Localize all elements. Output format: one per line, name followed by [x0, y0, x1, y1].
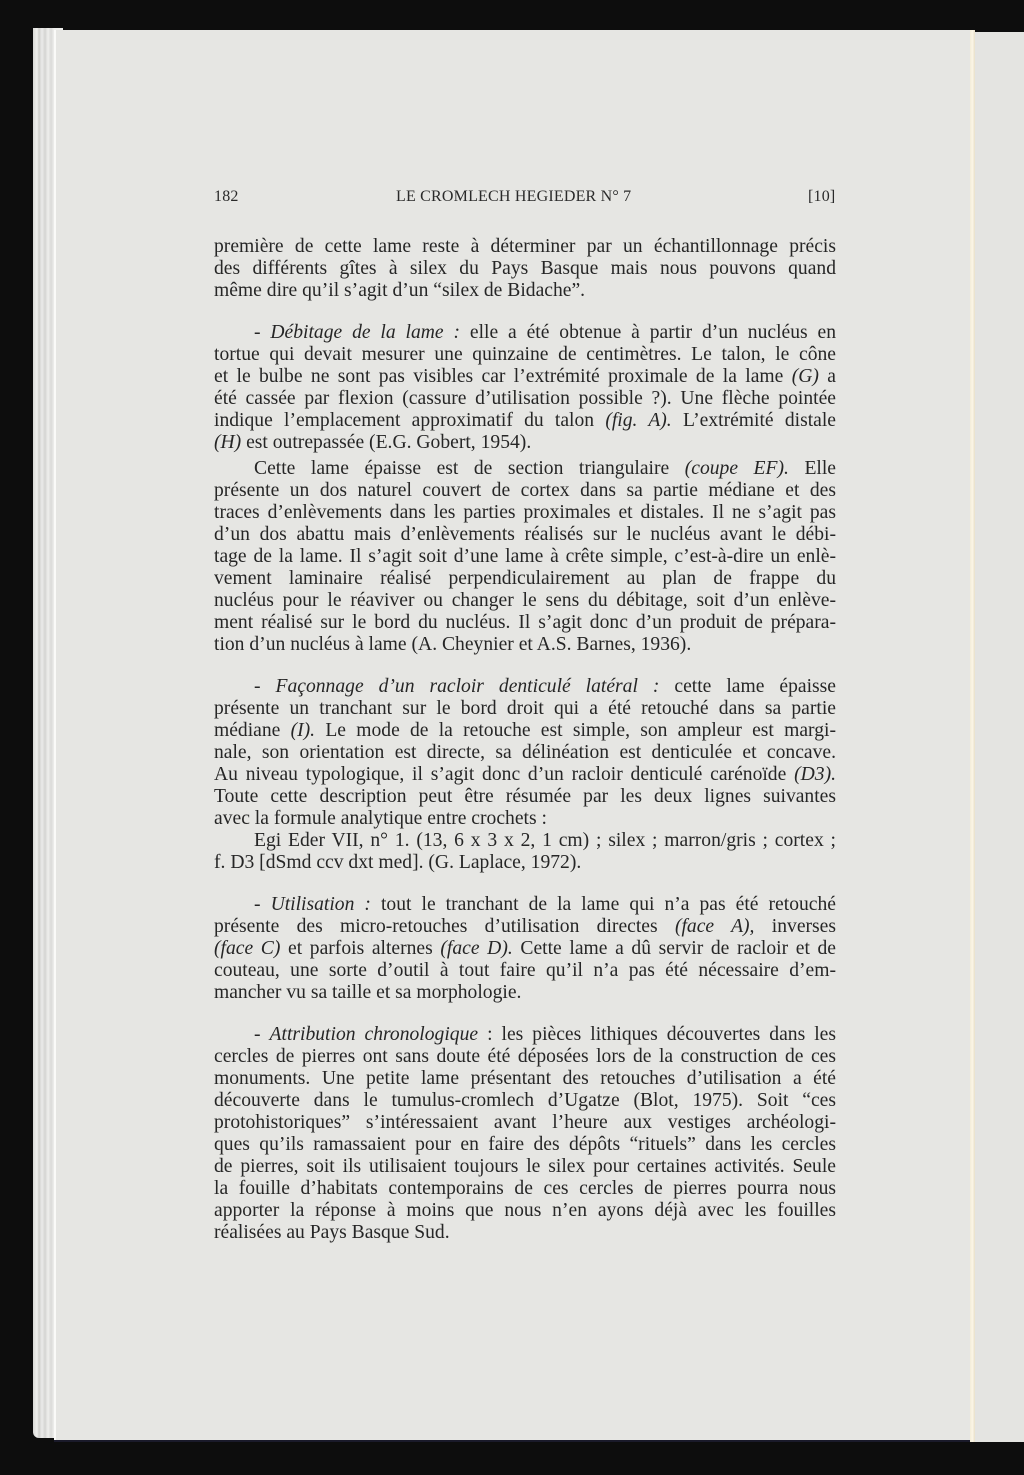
- italic-reference: (coupe EF).: [685, 458, 789, 479]
- italic-reference: Attribution chronologique: [270, 1024, 479, 1045]
- text-line: Cette lame épaisse est de section triang…: [214, 458, 836, 480]
- text-run: elle a été obtenue à partir d’un nucléus…: [460, 322, 836, 343]
- text-line: protohistoriques” s’intéressaient avant …: [214, 1112, 836, 1134]
- text-line: nale, son orientation est directe, sa dé…: [214, 742, 836, 764]
- text-run: L’extrémité distale: [672, 410, 836, 431]
- italic-reference: Façonnage d’un racloir denticulé latéral…: [276, 676, 660, 697]
- text-run: ment réalisé sur le bord du nucléus. Il …: [214, 612, 836, 633]
- text-run: inverses: [754, 916, 836, 937]
- text-line: la fouille d’habitats contemporains de c…: [214, 1178, 836, 1200]
- text-line: Au niveau typologique, il s’agit donc d’…: [214, 764, 836, 786]
- text-run: cercles de pierres ont sans doute été dé…: [214, 1046, 836, 1067]
- text-run: la fouille d’habitats contemporains de c…: [214, 1178, 836, 1199]
- text-line: ques qu’ils ramassaient pour en faire de…: [214, 1134, 836, 1156]
- text-run: -: [254, 676, 276, 697]
- text-run: nale, son orientation est directe, sa dé…: [214, 742, 836, 763]
- text-line: couteau, une sorte d’outil à tout faire …: [214, 960, 836, 982]
- text-line: - Utilisation : tout le tranchant de la …: [214, 894, 836, 916]
- text-line: tortue qui devait mesurer une quinzaine …: [214, 344, 836, 366]
- text-line: - Façonnage d’un racloir denticulé latér…: [214, 676, 836, 698]
- text-run: : les pièces lithiques découvertes dans …: [478, 1024, 836, 1045]
- text-run: Au niveau typologique, il s’agit donc d’…: [214, 764, 794, 785]
- text-line: et le bulbe ne sont pas visibles car l’e…: [214, 366, 836, 388]
- italic-reference: (face C): [214, 938, 280, 959]
- text-line: monuments. Une petite lame présentant de…: [214, 1068, 836, 1090]
- journal-title: LE CROMLECH HEGIEDER N° 7: [396, 188, 631, 206]
- text-line: avec la formule analytique entre crochet…: [214, 808, 836, 830]
- text-line: (H) est outrepassée (E.G. Gobert, 1954).: [214, 432, 836, 454]
- text-run: avec la formule analytique entre crochet…: [214, 808, 547, 829]
- text-run: Cette lame a dû servir de racloir et de: [513, 938, 836, 959]
- text-run: -: [254, 1024, 270, 1045]
- text-line: vement laminaire réalisé perpendiculaire…: [214, 568, 836, 590]
- text-run: tout le tranchant de la lame qui n’a pas…: [371, 894, 836, 915]
- text-run: présente un tranchant sur le bord droit …: [214, 698, 836, 719]
- text-run: et parfois alternes: [280, 938, 440, 959]
- text-line: ment réalisé sur le bord du nucléus. Il …: [214, 612, 836, 634]
- italic-reference: (H): [214, 432, 241, 453]
- text-run: présente un dos naturel couvert de corte…: [214, 480, 836, 501]
- text-run: cette lame épaisse: [659, 676, 836, 697]
- text-line: de pierres, soit ils utilisaient toujour…: [214, 1156, 836, 1178]
- text-line: présente un tranchant sur le bord droit …: [214, 698, 836, 720]
- text-run: Egi Eder VII, n° 1. (13, 6 x 3 x 2, 1 cm…: [254, 830, 836, 851]
- text-line: réalisées au Pays Basque Sud.: [214, 1222, 836, 1244]
- italic-reference: (face A),: [675, 916, 755, 937]
- text-line: d’un dos abattu mais d’enlèvements réali…: [214, 524, 836, 546]
- text-run: nucléus pour le réaviver ou changer le s…: [214, 590, 836, 611]
- text-run: f. D3 [dSmd ccv dxt med]. (G. Laplace, 1…: [214, 852, 581, 873]
- text-line: même dire qu’il s’agit d’un “silex de Bi…: [214, 280, 836, 302]
- italic-reference: (fig. A).: [605, 410, 671, 431]
- text-run: d’un dos abattu mais d’enlèvements réali…: [214, 524, 836, 545]
- text-run: des différents gîtes à silex du Pays Bas…: [214, 258, 836, 279]
- italic-reference: (face D).: [440, 938, 512, 959]
- text-run: découverte dans le tumulus-cromlech d’Ug…: [214, 1090, 836, 1111]
- text-run: réalisées au Pays Basque Sud.: [214, 1222, 450, 1243]
- text-line: présente des micro-retouches d’utilisati…: [214, 916, 836, 938]
- text-run: tortue qui devait mesurer une quinzaine …: [214, 344, 836, 365]
- text-line: première de cette lame reste à détermine…: [214, 236, 836, 258]
- text-run: -: [254, 322, 270, 343]
- text-line: des différents gîtes à silex du Pays Bas…: [214, 258, 836, 280]
- text-run: ques qu’ils ramassaient pour en faire de…: [214, 1134, 836, 1155]
- text-run: même dire qu’il s’agit d’un “silex de Bi…: [214, 280, 585, 301]
- text-line: traces d’enlèvements dans les parties pr…: [214, 502, 836, 524]
- italic-reference: Utilisation :: [271, 894, 371, 915]
- page-number: 182: [214, 188, 239, 206]
- text-run: médiane: [214, 720, 291, 741]
- text-line: médiane (I). Le mode de la retouche est …: [214, 720, 836, 742]
- text-run: est outrepassée (E.G. Gobert, 1954).: [241, 432, 531, 453]
- text-line: découverte dans le tumulus-cromlech d’Ug…: [214, 1090, 836, 1112]
- text-run: présente des micro-retouches d’utilisati…: [214, 916, 675, 937]
- text-run: apporter la réponse à moins que nous n’e…: [214, 1200, 836, 1221]
- facing-page-edge: [975, 32, 1024, 1442]
- text-line: tion d’un nucléus à lame (A. Cheynier et…: [214, 634, 836, 656]
- text-line: f. D3 [dSmd ccv dxt med]. (G. Laplace, 1…: [214, 852, 836, 874]
- text-line: présente un dos naturel couvert de corte…: [214, 480, 836, 502]
- italic-reference: Débitage de la lame :: [270, 322, 460, 343]
- text-run: de pierres, soit ils utilisaient toujour…: [214, 1156, 836, 1177]
- text-line: apporter la réponse à moins que nous n’e…: [214, 1200, 836, 1222]
- text-line: cercles de pierres ont sans doute été dé…: [214, 1046, 836, 1068]
- text-run: couteau, une sorte d’outil à tout faire …: [214, 960, 836, 981]
- italic-reference: (G): [792, 366, 819, 387]
- italic-reference: (I).: [291, 720, 315, 741]
- text-line: nucléus pour le réaviver ou changer le s…: [214, 590, 836, 612]
- text-run: Toute cette description peut être résumé…: [214, 786, 836, 807]
- text-run: monuments. Une petite lame présentant de…: [214, 1068, 836, 1089]
- text-run: Le mode de la retouche est simple, son a…: [315, 720, 836, 741]
- text-run: protohistoriques” s’intéressaient avant …: [214, 1112, 836, 1133]
- text-run: été cassée par flexion (cassure d’utilis…: [214, 388, 836, 409]
- text-run: a: [819, 366, 836, 387]
- text-line: (face C) et parfois alternes (face D). C…: [214, 938, 836, 960]
- text-run: et le bulbe ne sont pas visibles car l’e…: [214, 366, 792, 387]
- section-number: [10]: [808, 188, 835, 206]
- text-line: Egi Eder VII, n° 1. (13, 6 x 3 x 2, 1 cm…: [214, 830, 836, 852]
- text-run: tage de la lame. Il s’agit soit d’une la…: [214, 546, 836, 567]
- text-run: traces d’enlèvements dans les parties pr…: [214, 502, 836, 523]
- text-line: - Attribution chronologique : les pièces…: [214, 1024, 836, 1046]
- text-line: été cassée par flexion (cassure d’utilis…: [214, 388, 836, 410]
- text-run: Cette lame épaisse est de section triang…: [254, 458, 685, 479]
- text-run: -: [254, 894, 271, 915]
- text-line: - Débitage de la lame : elle a été obten…: [214, 322, 836, 344]
- text-run: tion d’un nucléus à lame (A. Cheynier et…: [214, 634, 691, 655]
- text-run: Elle: [789, 458, 836, 479]
- text-run: première de cette lame reste à détermine…: [214, 236, 836, 257]
- text-line: Toute cette description peut être résumé…: [214, 786, 836, 808]
- text-line: tage de la lame. Il s’agit soit d’une la…: [214, 546, 836, 568]
- text-line: indique l’emplacement approximatif du ta…: [214, 410, 836, 432]
- italic-reference: (D3).: [794, 764, 836, 785]
- text-line: mancher vu sa taille et sa morphologie.: [214, 982, 836, 1004]
- text-run: vement laminaire réalisé perpendiculaire…: [214, 568, 836, 589]
- text-run: indique l’emplacement approximatif du ta…: [214, 410, 605, 431]
- text-run: mancher vu sa taille et sa morphologie.: [214, 982, 521, 1003]
